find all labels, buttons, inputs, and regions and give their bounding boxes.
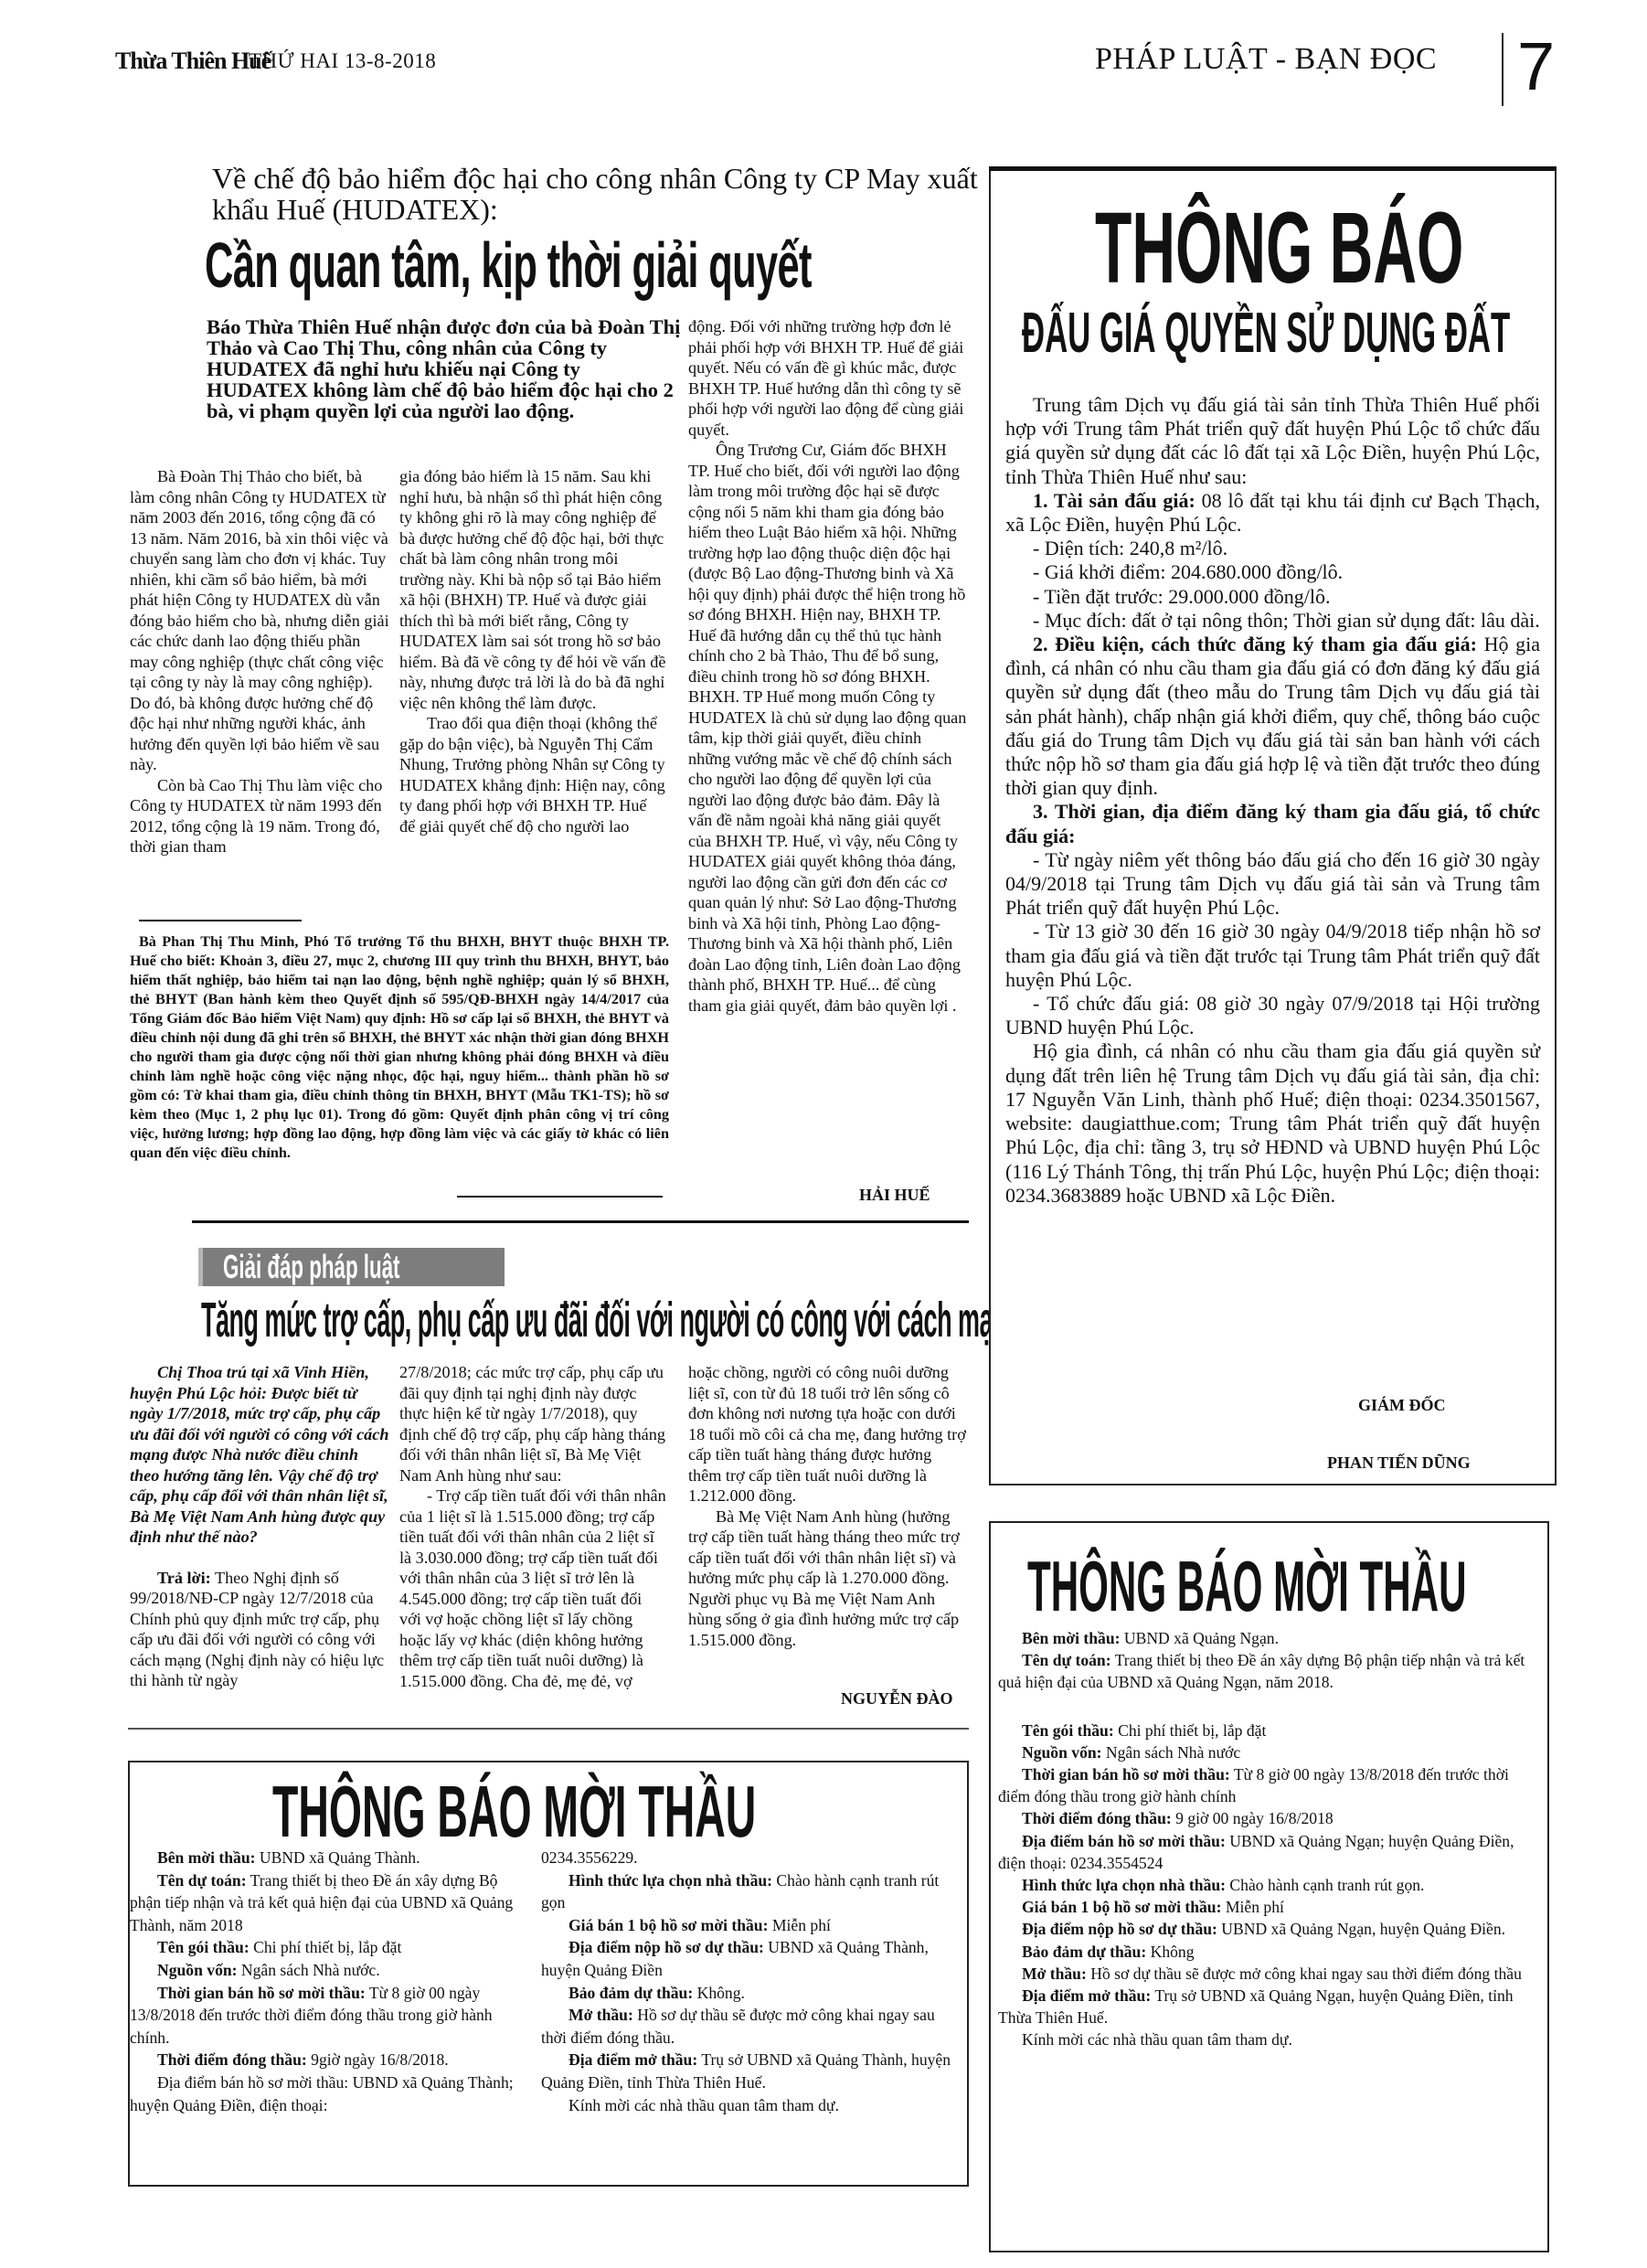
section-label: 2. Điều kiện, cách thức đăng ký tham gia… xyxy=(1033,633,1477,655)
field-value: Hồ sơ dự thầu sẽ được mở công khai ngay … xyxy=(1090,1965,1522,1983)
field-value: Chi phí thiết bị, lắp đặt xyxy=(253,1938,401,1956)
divider xyxy=(139,920,302,921)
closing-line: Kính mời các nhà thầu quan tâm tham dự. xyxy=(541,2094,957,2117)
field-value: Ngân sách Nhà nước. xyxy=(241,1961,380,1979)
phone-continuation: 0234.3556229. xyxy=(541,1847,957,1869)
auction-notice-title: THÔNG BÁO xyxy=(1095,194,1463,303)
lot-area: - Diện tích: 240,8 m²/lô. xyxy=(1005,537,1540,560)
article2-column-3: hoặc chồng, người có công nuôi dưỡng liệ… xyxy=(688,1362,967,1650)
field-label: Bảo đảm dự thầu: xyxy=(568,1984,693,2002)
section-text: Hộ gia đình, cá nhân có nhu cầu tham gia… xyxy=(1005,633,1540,799)
field-label: Tên dự toán: xyxy=(157,1871,247,1890)
article1-column-1: Bà Đoàn Thị Thảo cho biết, bà làm công n… xyxy=(130,466,390,857)
field-value: Miễn phí xyxy=(772,1916,831,1934)
auction-notice-body: Trung tâm Dịch vụ đấu giá tài sản tỉnh T… xyxy=(1005,393,1540,1208)
field-label: Thời gian bán hồ sơ mời thầu: xyxy=(1022,1765,1230,1784)
paragraph: - Trợ cấp tiền tuất đối với thân nhân củ… xyxy=(399,1485,666,1691)
field-label: Giá bán 1 bộ hồ sơ mời thầu: xyxy=(568,1916,768,1934)
tender-notice-quang-thanh-column-2: 0234.3556229. Hình thức lựa chọn nhà thầ… xyxy=(541,1847,957,2116)
field-label: Mở thầu: xyxy=(568,2006,633,2024)
field-label: Giá bán 1 bộ hồ sơ mời thầu: xyxy=(1022,1898,1221,1916)
field-label: Thời điểm đóng thầu: xyxy=(157,2050,307,2069)
field-label: Địa điểm nộp hồ sơ dự thầu: xyxy=(568,1938,764,1956)
article1-lead: Báo Thừa Thiên Huế nhận được đơn của bà … xyxy=(207,316,682,421)
tender-notice-title: THÔNG BÁO MỜI THẦU xyxy=(1027,1545,1466,1627)
field-value: Miễn phí xyxy=(1226,1898,1284,1916)
header-divider xyxy=(1502,33,1504,106)
field-label: Địa điểm mở thầu: xyxy=(1022,1986,1151,2005)
section-name: PHÁP LUẬT - BẠN ĐỌC xyxy=(1095,42,1437,77)
article1-byline: HẢI HUẾ xyxy=(859,1186,930,1205)
paragraph: gia đóng bảo hiểm là 15 năm. Sau khi ngh… xyxy=(399,466,666,713)
field-label: Nguồn vốn: xyxy=(1022,1743,1102,1762)
paragraph: hoặc chồng, người có công nuôi dưỡng liệ… xyxy=(688,1362,967,1507)
article1-title: Cần quan tâm, kịp thời giải quyết xyxy=(205,229,812,302)
article2-column-2: 27/8/2018; các mức trợ cấp, phụ cấp ưu đ… xyxy=(399,1362,666,1691)
field-label: Tên gói thầu: xyxy=(1022,1721,1114,1740)
field-label: Tên dự toán: xyxy=(1022,1651,1111,1669)
field-label: Thời điểm đóng thầu: xyxy=(1022,1809,1172,1827)
field-label: Bên mời thầu: xyxy=(157,1848,256,1867)
masthead-name: Thừa Thiên Huế xyxy=(115,48,271,75)
starting-price: - Giá khởi điểm: 204.680.000 đồng/lô. xyxy=(1005,560,1540,584)
contact-info: Hộ gia đình, cá nhân có nhu cầu tham gia… xyxy=(1005,1039,1540,1207)
answer-label: Trả lời: xyxy=(157,1569,211,1587)
deposit: - Tiền đặt trước: 29.000.000 đồng/lô. xyxy=(1005,585,1540,609)
paragraph: 27/8/2018; các mức trợ cấp, phụ cấp ưu đ… xyxy=(399,1362,666,1485)
tender-notice-quang-thanh-column-1: Bên mời thầu: UBND xã Quảng Thành. Tên d… xyxy=(130,1847,532,2116)
divider xyxy=(457,1196,663,1198)
issue-date: THỨ HAI 13-8-2018 xyxy=(249,49,436,73)
article2-byline: NGUYỄN ĐÀO xyxy=(841,1689,953,1709)
schedule-item: - Từ 13 giờ 30 đến 16 giờ 30 ngày 04/9/2… xyxy=(1005,920,1540,992)
section-tag: Giải đáp pháp luật xyxy=(203,1248,505,1286)
field-label: Mở thầu: xyxy=(1022,1965,1087,1983)
field-value: UBND xã Quảng Ngạn, huyện Quảng Điền. xyxy=(1221,1920,1505,1938)
field-label: Địa điểm nộp hồ sơ dự thầu: xyxy=(1022,1920,1217,1938)
section-label: 3. Thời gian, địa điểm đăng ký tham gia … xyxy=(1005,800,1540,847)
field-value: UBND xã Quảng Ngạn. xyxy=(1124,1629,1279,1647)
field-label: Hình thức lựa chọn nhà thầu: xyxy=(568,1871,772,1890)
field-label: Bảo đảm dự thầu: xyxy=(1022,1943,1146,1961)
field-label: Hình thức lựa chọn nhà thầu: xyxy=(1022,1876,1226,1894)
field-label: Bên mời thầu: xyxy=(1022,1629,1121,1647)
field-value: 9giờ ngày 16/8/2018. xyxy=(311,2050,449,2069)
paragraph: Bà Mẹ Việt Nam Anh hùng (hưởng trợ cấp t… xyxy=(688,1507,967,1651)
field-label: Địa điểm bán hồ sơ mời thầu: xyxy=(1022,1832,1226,1850)
paragraph: Bà Phan Thị Thu Minh, Phó Tổ trưởng Tổ t… xyxy=(130,932,669,1163)
field-value: 9 giờ 00 ngày 16/8/2018 xyxy=(1175,1809,1334,1827)
auction-notice-top-bar xyxy=(989,166,1557,171)
field-label: Tên gói thầu: xyxy=(157,1938,250,1956)
auction-notice-subtitle: ĐẤU GIÁ QUYỀN SỬ DỤNG ĐẤT xyxy=(1022,302,1510,366)
spacer xyxy=(998,1694,1542,1720)
tender-notice-quang-ngan-body: Bên mời thầu: UBND xã Quảng Ngạn. Tên dự… xyxy=(998,1627,1542,2051)
field-value: UBND xã Quảng Thành. xyxy=(260,1848,420,1867)
reader-question: Chị Thoa trú tại xã Vinh Hiền, huyện Phú… xyxy=(130,1362,390,1548)
article2-column-1: Chị Thoa trú tại xã Vinh Hiền, huyện Phú… xyxy=(130,1362,390,1691)
article1-sidebar-quote: Bà Phan Thị Thu Minh, Phó Tổ trưởng Tổ t… xyxy=(130,932,669,1163)
schedule-item: - Từ ngày niêm yết thông báo đấu giá cho… xyxy=(1005,848,1540,921)
field-value: Ngân sách Nhà nước xyxy=(1106,1743,1240,1762)
divider xyxy=(128,1728,969,1730)
page-number: 7 xyxy=(1517,27,1555,105)
field-value: Không. xyxy=(697,1984,745,2002)
paragraph: động. Đối với những trường hợp đơn lẻ ph… xyxy=(688,316,967,440)
article1-column-2: gia đóng bảo hiểm là 15 năm. Sau khi ngh… xyxy=(399,466,666,836)
paragraph: Bà Đoàn Thị Thảo cho biết, bà làm công n… xyxy=(130,466,390,775)
article1-kicker: Về chế độ bảo hiểm độc hại cho công nhân… xyxy=(212,163,980,225)
field-value: Địa điểm bán hồ sơ mời thầu: UBND xã Quả… xyxy=(130,2073,514,2114)
field-value: Chào hành cạnh tranh rút gọn. xyxy=(1229,1876,1424,1894)
intro: Trung tâm Dịch vụ đấu giá tài sản tỉnh T… xyxy=(1005,393,1540,489)
schedule-item: - Tổ chức đấu giá: 08 giờ 30 ngày 07/9/2… xyxy=(1005,992,1540,1039)
paragraph: Còn bà Cao Thị Thu làm việc cho Công ty … xyxy=(130,775,390,857)
field-label: Nguồn vốn: xyxy=(157,1961,238,1979)
tender-notice-title: THÔNG BÁO MỜI THẦU xyxy=(272,1773,756,1850)
section-label: 1. Tài sản đấu giá: xyxy=(1033,489,1195,512)
field-value: Chi phí thiết bị, lắp đặt xyxy=(1118,1721,1266,1740)
section-tag-label: Giải đáp pháp luật xyxy=(223,1248,385,1286)
field-label: Thời gian bán hồ sơ mời thầu: xyxy=(157,1984,366,2002)
paragraph: Ông Trương Cư, Giám đốc BHXH TP. Huế cho… xyxy=(688,440,967,1016)
field-value: Không xyxy=(1151,1943,1195,1961)
closing-line: Kính mời các nhà thầu quan tâm tham dự. xyxy=(998,2028,1542,2050)
article2-title: Tăng mức trợ cấp, phụ cấp ưu đãi đối với… xyxy=(201,1292,1022,1348)
signatory-name: PHAN TIẾN DŨNG xyxy=(1327,1453,1471,1473)
article1-column-3: động. Đối với những trường hợp đơn lẻ ph… xyxy=(688,316,967,1016)
divider xyxy=(192,1220,969,1223)
signatory-title: GIÁM ĐỐC xyxy=(1358,1396,1446,1415)
land-purpose: - Mục đích: đất ở tại nông thôn; Thời gi… xyxy=(1005,609,1540,633)
paragraph: Trao đổi qua điện thoại (không thể gặp d… xyxy=(399,713,666,836)
field-label: Địa điểm mở thầu: xyxy=(568,2050,697,2069)
